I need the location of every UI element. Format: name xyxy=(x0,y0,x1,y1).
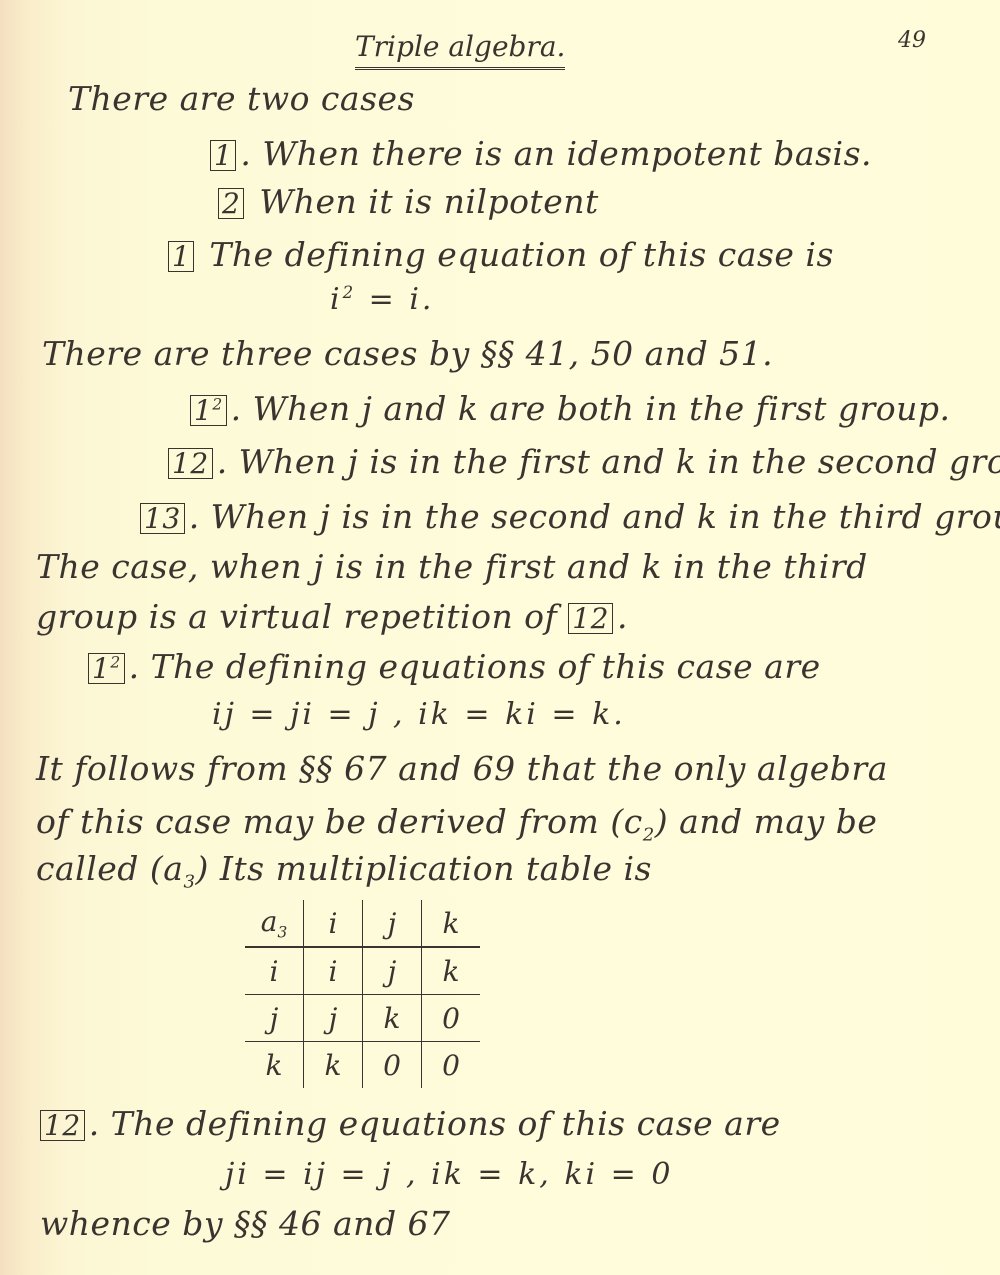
text-line: It follows from §§ 67 and 69 that the on… xyxy=(36,752,888,785)
line-text: . When j is in the first and k in the se… xyxy=(217,442,1000,481)
table-cell: 0 xyxy=(363,1042,422,1089)
page-title: Triple algebra. xyxy=(355,30,565,70)
line-text: When it is nilpotent xyxy=(248,182,598,221)
case-label: 12 xyxy=(40,1110,85,1141)
multiplication-table: a3 i j k i i j k j j k 0 k k 0 0 xyxy=(245,900,480,1088)
label-sup: 2 xyxy=(110,654,120,672)
table-row: i i j k xyxy=(245,947,480,995)
table-header-cell: j xyxy=(363,900,422,947)
line-text: . When j is in the second and k in the t… xyxy=(189,497,1000,536)
table-cell: i xyxy=(304,947,363,995)
case-1-2-line: 12. When j and k are both in the first g… xyxy=(190,392,951,426)
table-row: k k 0 0 xyxy=(245,1042,480,1089)
line-text: ij = ji = j , ik = ki = k. xyxy=(212,697,626,732)
text-line: The case, when j is in the first and k i… xyxy=(36,550,868,583)
text-line: group is a virtual repetition of 12. xyxy=(36,600,628,634)
table-cell: j xyxy=(363,947,422,995)
case-label: 12 xyxy=(568,603,613,634)
table-header-row: a3 i j k xyxy=(245,900,480,947)
case-1-2-definition-line: 12. The defining equations of this case … xyxy=(88,650,821,684)
equation-line: i2 = i. xyxy=(330,285,434,315)
line-text: ) and may be xyxy=(655,802,878,841)
corner-base: a xyxy=(261,905,278,938)
page-number: 49 xyxy=(898,28,926,53)
line-text: The case, when j is in the first and k i… xyxy=(36,547,868,586)
text-line: There are two cases xyxy=(68,82,415,115)
table-row-label: j xyxy=(245,995,304,1042)
line-text: called (a xyxy=(36,849,183,888)
corner-sub: 3 xyxy=(277,923,287,941)
line-text: The defining equation of this case is xyxy=(198,235,834,274)
case-label: 12 xyxy=(168,448,213,479)
line-text: of this case may be derived from (c xyxy=(36,802,643,841)
case-12-line: 12. When j is in the first and k in the … xyxy=(168,445,1000,479)
table-cell: k xyxy=(363,995,422,1042)
text-line: of this case may be derived from (c2) an… xyxy=(36,805,877,845)
table-cell: 0 xyxy=(422,995,481,1042)
line-text: ji = ij = j , ik = k, ki = 0 xyxy=(225,1157,673,1192)
line-text: . xyxy=(617,597,628,636)
table-cell: k xyxy=(422,947,481,995)
case-2-line: 2 When it is nilpotent xyxy=(218,185,599,219)
table-row: j j k 0 xyxy=(245,995,480,1042)
table-cell: k xyxy=(304,1042,363,1089)
label-sup: 2 xyxy=(212,396,222,414)
equation-line: ij = ji = j , ik = ki = k. xyxy=(212,700,626,730)
label-base: 1 xyxy=(194,394,212,427)
line-text: whence by §§ 46 and 67 xyxy=(40,1204,451,1243)
manuscript-page: Triple algebra. 49 There are two cases 1… xyxy=(0,0,1000,1275)
equation-line: ji = ij = j , ik = k, ki = 0 xyxy=(225,1160,673,1190)
line-text: It follows from §§ 67 and 69 that the on… xyxy=(36,749,888,788)
line-text: There are two cases xyxy=(68,79,415,118)
text-line: There are three cases by §§ 41, 50 and 5… xyxy=(42,337,773,370)
table-corner: a3 xyxy=(245,900,304,947)
eq-sup: 2 xyxy=(343,283,357,302)
case-1-definition-line: 1 The defining equation of this case is xyxy=(168,238,834,272)
case-label: 12 xyxy=(190,395,227,426)
case-1-line: 1. When there is an idempotent basis. xyxy=(210,137,872,171)
line-text: . The defining equations of this case ar… xyxy=(129,647,821,686)
line-text: There are three cases by §§ 41, 50 and 5… xyxy=(42,334,773,373)
table-cell: 0 xyxy=(422,1042,481,1089)
case-label: 1 xyxy=(210,140,236,171)
text-line: whence by §§ 46 and 67 xyxy=(40,1207,451,1240)
case-label: 13 xyxy=(140,503,185,534)
line-text: . When there is an idempotent basis. xyxy=(240,134,872,173)
table-header-cell: k xyxy=(422,900,481,947)
label-base: 1 xyxy=(92,652,110,685)
table-cell: j xyxy=(304,995,363,1042)
line-text: . The defining equations of this case ar… xyxy=(89,1104,781,1143)
table-header-cell: i xyxy=(304,900,363,947)
case-13-line: 13. When j is in the second and k in the… xyxy=(140,500,1000,534)
case-12-definition-line: 12. The defining equations of this case … xyxy=(40,1107,781,1141)
case-label: 12 xyxy=(88,653,125,684)
table-row-label: i xyxy=(245,947,304,995)
line-text: group is a virtual repetition of xyxy=(36,597,568,636)
line-text: . When j and k are both in the first gro… xyxy=(231,389,951,428)
case-label: 1 xyxy=(168,241,194,272)
text-line: called (a3) Its multiplication table is xyxy=(36,852,652,892)
table-row-label: k xyxy=(245,1042,304,1089)
subscript: 3 xyxy=(183,872,195,893)
subscript: 2 xyxy=(643,825,655,846)
eq-rest: = i. xyxy=(356,282,434,317)
eq-base: i xyxy=(330,282,343,317)
case-label: 2 xyxy=(218,188,244,219)
line-text: ) Its multiplication table is xyxy=(196,849,652,888)
